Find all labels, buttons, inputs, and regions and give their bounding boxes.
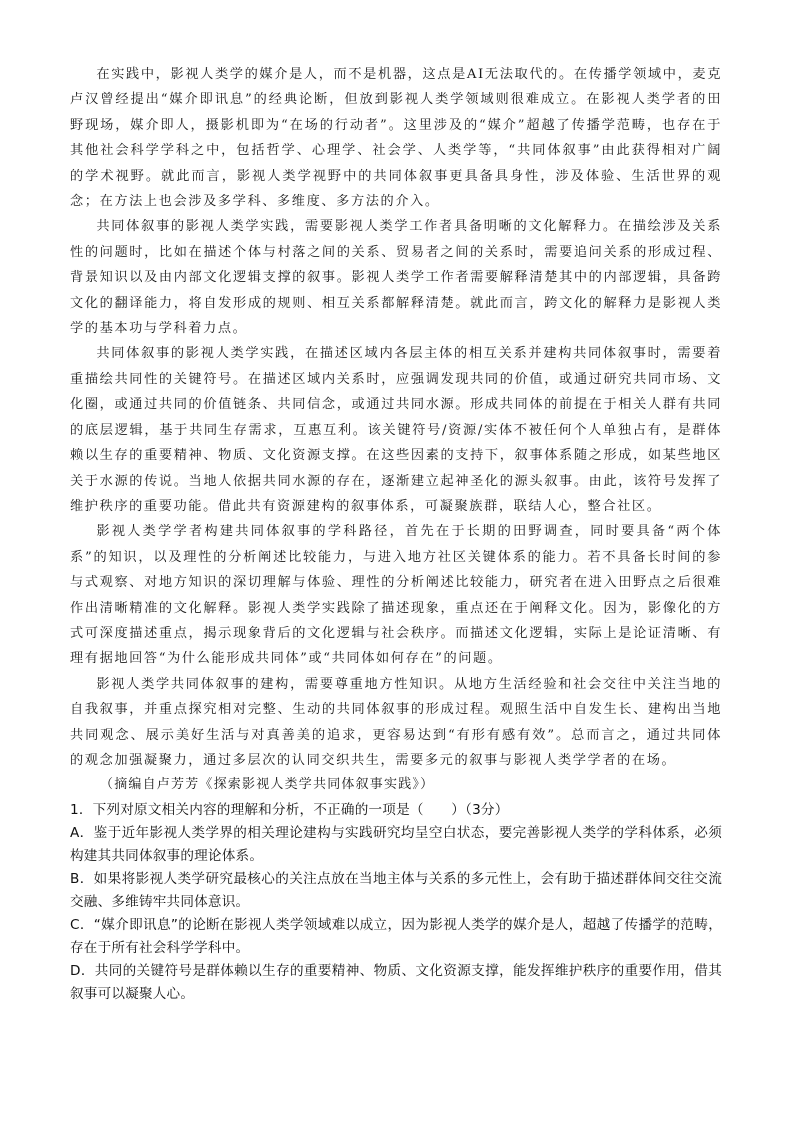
document-page: 在实践中，影视人类学的媒介是人，而不是机器，这点是AI无法取代的。在传播学领域中… — [70, 62, 722, 1006]
option-a: A．鉴于近年影视人类学界的相关理论建构与实践研究均呈空白状态，要完善影视人类学的… — [70, 822, 722, 868]
question-1: 1．下列对原文相关内容的理解和分析，不正确的一项是（ ）（3分） A．鉴于近年影… — [70, 799, 722, 1006]
passage-paragraph-4: 影视人类学学者构建共同体叙事的学科路径，首先在于长期的田野调查，同时要具备“两个… — [70, 519, 722, 671]
reading-passage: 在实践中，影视人类学的媒介是人，而不是机器，这点是AI无法取代的。在传播学领域中… — [70, 62, 722, 797]
passage-paragraph-5: 影视人类学共同体叙事的建构，需要尊重地方性知识。从地方生活经验和社会交往中关注当… — [70, 672, 722, 774]
passage-paragraph-1: 在实践中，影视人类学的媒介是人，而不是机器，这点是AI无法取代的。在传播学领域中… — [70, 62, 722, 214]
passage-source-citation: （摘编自卢芳芳《探索影视人类学共同体叙事实践》） — [70, 773, 722, 797]
passage-paragraph-3: 共同体叙事的影视人类学实践，在描述区域内各层主体的相互关系并建构共同体叙事时，需… — [70, 341, 722, 519]
option-c: C．“媒介即讯息”的论断在影视人类学领域难以成立，因为影视人类学的媒介是人，超越… — [70, 914, 722, 960]
passage-paragraph-2: 共同体叙事的影视人类学实践，需要影视人类学工作者具备明晰的文化解释力。在描绘涉及… — [70, 214, 722, 341]
option-b: B．如果将影视人类学研究最核心的关注点放在当地主体与关系的多元性上，会有助于描述… — [70, 868, 722, 914]
question-stem: 1．下列对原文相关内容的理解和分析，不正确的一项是（ ）（3分） — [70, 799, 722, 822]
option-d: D．共同的关键符号是群体赖以生存的重要精神、物质、文化资源支撑，能发挥维护秩序的… — [70, 960, 722, 1006]
